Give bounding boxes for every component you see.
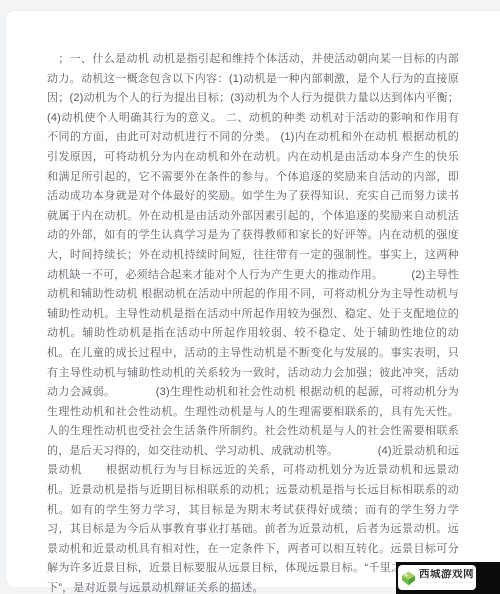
document-body-text: ；一、什么是动机 动机是指引起和维持个体活动，并使活动朝向某一目标的内部动力。动… <box>47 50 459 594</box>
site-logo: 西城游戏网 ································· <box>398 565 476 590</box>
document-page: ；一、什么是动机 动机是指引起和维持个体活动，并使活动朝向某一目标的内部动力。动… <box>5 10 500 587</box>
page-background: ；一、什么是动机 动机是指引起和维持个体活动，并使活动朝向某一目标的内部动力。动… <box>0 0 500 594</box>
site-logo-text: 西城游戏网 ································· <box>419 569 474 586</box>
site-name: 西城游戏网 <box>419 569 474 580</box>
logo-tagline: ································· <box>419 581 474 586</box>
gift-box-icon <box>400 570 417 586</box>
watermark-box: 西城游戏网 ································· <box>396 562 500 594</box>
